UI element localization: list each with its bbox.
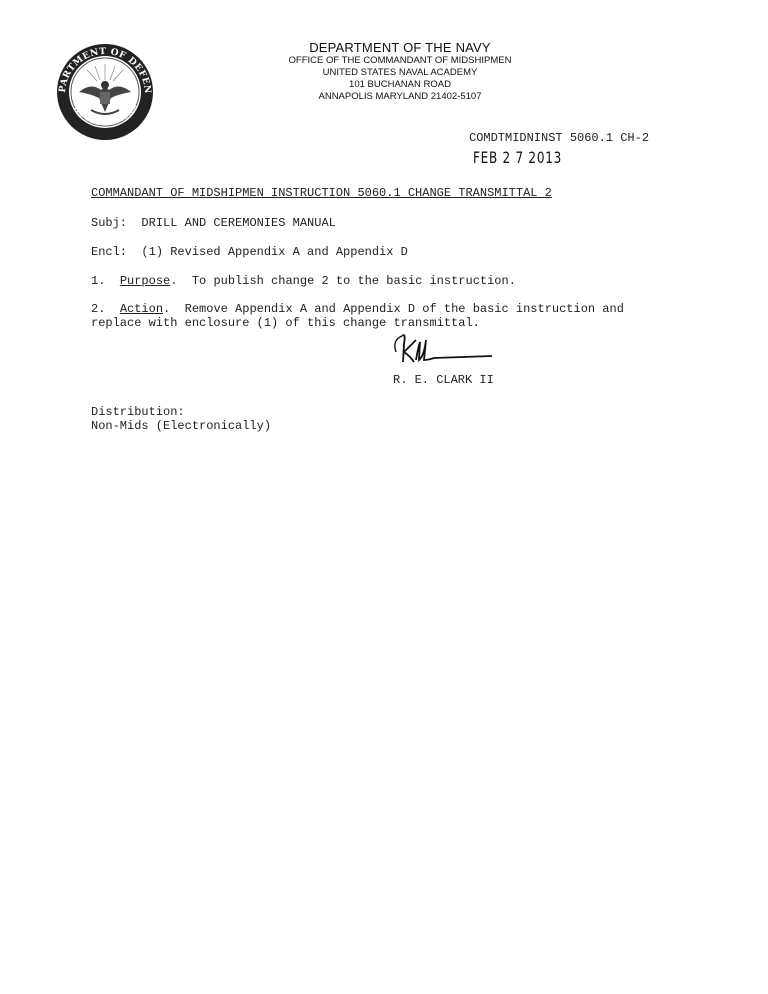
document-title: COMMANDANT OF MIDSHIPMEN INSTRUCTION 506… (91, 186, 552, 200)
paragraph-number: 2. (91, 302, 105, 316)
enclosure-value: (1) Revised Appendix A and Appendix D (141, 245, 407, 259)
signer-name: R. E. CLARK II (393, 373, 494, 387)
paragraph-heading: Action (120, 302, 163, 316)
office-name: OFFICE OF THE COMMANDANT OF MIDSHIPMEN (270, 55, 530, 67)
department-of-defense-seal-icon: DEPARTMENT OF DEFENSE UNITED STATES OF A… (55, 42, 155, 142)
department-name: DEPARTMENT OF THE NAVY (270, 40, 530, 55)
academy-name: UNITED STATES NAVAL ACADEMY (270, 67, 530, 79)
paragraph-heading: Purpose (120, 274, 170, 288)
date-stamp: FEB 2 7 2013 (473, 148, 562, 167)
signature-icon (388, 330, 498, 372)
paragraph-purpose: 1. Purpose. To publish change 2 to the b… (91, 274, 516, 288)
subject-line: Subj: DRILL AND CEREMONIES MANUAL (91, 216, 336, 230)
city-address: ANNAPOLIS MARYLAND 21402-5107 (270, 91, 530, 103)
paragraph-action-continuation: replace with enclosure (1) of this chang… (91, 316, 480, 330)
instruction-number: COMDTMIDNINST 5060.1 CH-2 (469, 131, 649, 145)
subject-value: DRILL AND CEREMONIES MANUAL (141, 216, 335, 230)
distribution-value: Non-Mids (Electronically) (91, 419, 271, 433)
paragraph-action: 2. Action. Remove Appendix A and Appendi… (91, 302, 624, 316)
letterhead: DEPARTMENT OF THE NAVY OFFICE OF THE COM… (270, 40, 530, 103)
enclosure-label: Encl: (91, 245, 127, 259)
street-address: 101 BUCHANAN ROAD (270, 79, 530, 91)
paragraph-text: To publish change 2 to the basic instruc… (192, 274, 516, 288)
paragraph-text: Remove Appendix A and Appendix D of the … (185, 302, 624, 316)
enclosure-line: Encl: (1) Revised Appendix A and Appendi… (91, 245, 408, 259)
subject-label: Subj: (91, 216, 127, 230)
paragraph-number: 1. (91, 274, 105, 288)
distribution-label: Distribution: (91, 405, 185, 419)
